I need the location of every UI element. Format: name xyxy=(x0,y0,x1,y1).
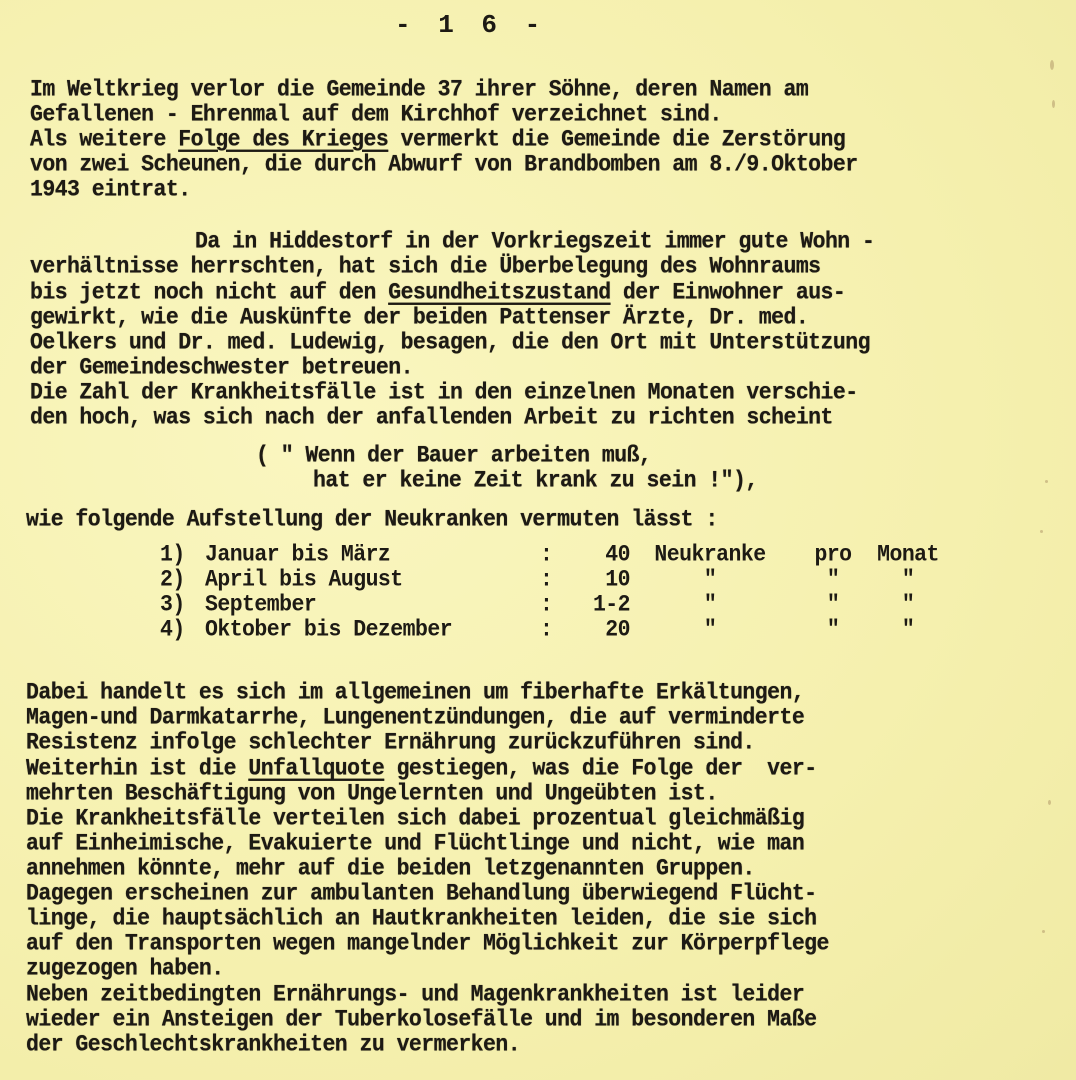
document-page: - 1 6 - Im Weltkrieg verlor die Gemeinde… xyxy=(0,0,1076,1080)
underlined-phrase: Unfallquote xyxy=(248,756,384,782)
table-cell-sep: : xyxy=(540,617,554,643)
table-cell-unit: Neukranke xyxy=(645,542,775,568)
text-line: der Geschlechtskrankheiten zu vermerken. xyxy=(26,1032,520,1058)
text-line: Dagegen erscheinen zur ambulanten Behand… xyxy=(26,881,817,907)
paper-speck xyxy=(1045,480,1048,483)
table-cell-num: 3) xyxy=(160,592,200,618)
text-line: Im Weltkrieg verlor die Gemeinde 37 ihre… xyxy=(30,77,808,103)
quote-line: hat er keine Zeit krank zu sein !"), xyxy=(313,468,758,494)
text-line: Weiterhin ist die Unfallquote gestiegen,… xyxy=(26,756,817,782)
text-line: den hoch, was sich nach der anfallenden … xyxy=(30,405,833,431)
table-cell-sep: : xyxy=(540,592,554,618)
table-cell-num: 4) xyxy=(160,617,200,643)
underlined-phrase: Folge des Krieges xyxy=(178,127,388,153)
table-cell-num: 1) xyxy=(160,542,200,568)
text-line: Oelkers und Dr. med. Ludewig, besagen, d… xyxy=(30,330,870,356)
text-line: Als weitere Folge des Krieges vermerkt d… xyxy=(30,127,845,153)
text-line: 1943 eintrat. xyxy=(30,177,191,203)
text-line: annehmen könnte, mehr auf die beiden let… xyxy=(26,856,755,882)
table-cell-per: " xyxy=(808,592,858,618)
table-intro: wie folgende Aufstellung der Neukranken … xyxy=(26,507,718,533)
text-line: Die Krankheitsfälle verteilen sich dabei… xyxy=(26,806,804,832)
table-cell-sep: : xyxy=(540,567,554,593)
text-line: Dabei handelt es sich im allgemeinen um … xyxy=(26,680,804,706)
text-line: zugezogen haben. xyxy=(26,956,224,982)
text-line: Gefallenen - Ehrenmal auf dem Kirchhof v… xyxy=(30,102,722,128)
table-cell-num: 2) xyxy=(160,567,200,593)
table-cell-count: 1-2 xyxy=(570,592,630,618)
table-cell-per: pro xyxy=(808,542,858,568)
underlined-phrase: Gesundheitszustand xyxy=(388,280,610,306)
quote-line: ( " Wenn der Bauer arbeiten muß, xyxy=(256,443,651,469)
text-line: Die Zahl der Krankheitsfälle ist in den … xyxy=(30,380,858,406)
text-line: mehrten Beschäftigung von Ungelernten un… xyxy=(26,781,718,807)
text-line: Da in Hiddestorf in der Vorkriegszeit im… xyxy=(195,229,874,255)
table-cell-month: " xyxy=(868,592,948,618)
paper-speck xyxy=(1042,930,1045,933)
text-line: auf den Transporten wegen mangelnder Mög… xyxy=(26,931,829,957)
text-line: gewirkt, wie die Auskünfte der beiden Pa… xyxy=(30,305,808,331)
text-line: bis jetzt noch nicht auf den Gesundheits… xyxy=(30,280,845,306)
table-cell-period: Januar bis März xyxy=(205,542,525,568)
table-cell-month: Monat xyxy=(868,542,948,568)
paper-speck xyxy=(1050,60,1054,70)
table-cell-period: September xyxy=(205,592,525,618)
page-number: - 1 6 - xyxy=(395,10,546,40)
table-cell-count: 10 xyxy=(570,567,630,593)
table-cell-unit: " xyxy=(645,592,775,618)
table-cell-period: April bis August xyxy=(205,567,525,593)
text-line: verhältnisse herrschten, hat sich die Üb… xyxy=(30,254,821,280)
table-cell-per: " xyxy=(808,617,858,643)
text-line: der Gemeindeschwester betreuen. xyxy=(30,355,413,381)
table-cell-unit: " xyxy=(645,617,775,643)
table-cell-count: 20 xyxy=(570,617,630,643)
table-cell-month: " xyxy=(868,617,948,643)
text-line: wieder ein Ansteigen der Tuberkolosefäll… xyxy=(26,1007,817,1033)
paper-speck xyxy=(1048,800,1051,805)
text-line: Resistenz infolge schlechter Ernährung z… xyxy=(26,730,755,756)
table-cell-per: " xyxy=(808,567,858,593)
text-segment: Als weitere xyxy=(30,127,178,153)
text-segment: bis jetzt noch nicht auf den xyxy=(30,280,388,306)
table-cell-unit: " xyxy=(645,567,775,593)
text-line: linge, die hauptsächlich an Hautkrankhei… xyxy=(26,906,817,932)
text-line: Neben zeitbedingten Ernährungs- und Mage… xyxy=(26,982,804,1008)
text-segment: Weiterhin ist die xyxy=(26,756,248,782)
paper-speck xyxy=(1052,100,1055,108)
text-segment: vermerkt die Gemeinde die Zerstörung xyxy=(388,127,845,153)
table-cell-month: " xyxy=(868,567,948,593)
table-cell-count: 40 xyxy=(570,542,630,568)
text-segment: gestiegen, was die Folge der ver- xyxy=(384,756,816,782)
text-segment: der Einwohner aus- xyxy=(611,280,846,306)
text-line: von zwei Scheunen, die durch Abwurf von … xyxy=(30,152,858,178)
table-cell-period: Oktober bis Dezember xyxy=(205,617,525,643)
text-line: Magen-und Darmkatarrhe, Lungenentzündung… xyxy=(26,705,804,731)
paper-speck xyxy=(1040,530,1043,533)
text-line: auf Einheimische, Evakuierte und Flüchtl… xyxy=(26,831,804,857)
table-cell-sep: : xyxy=(540,542,554,568)
